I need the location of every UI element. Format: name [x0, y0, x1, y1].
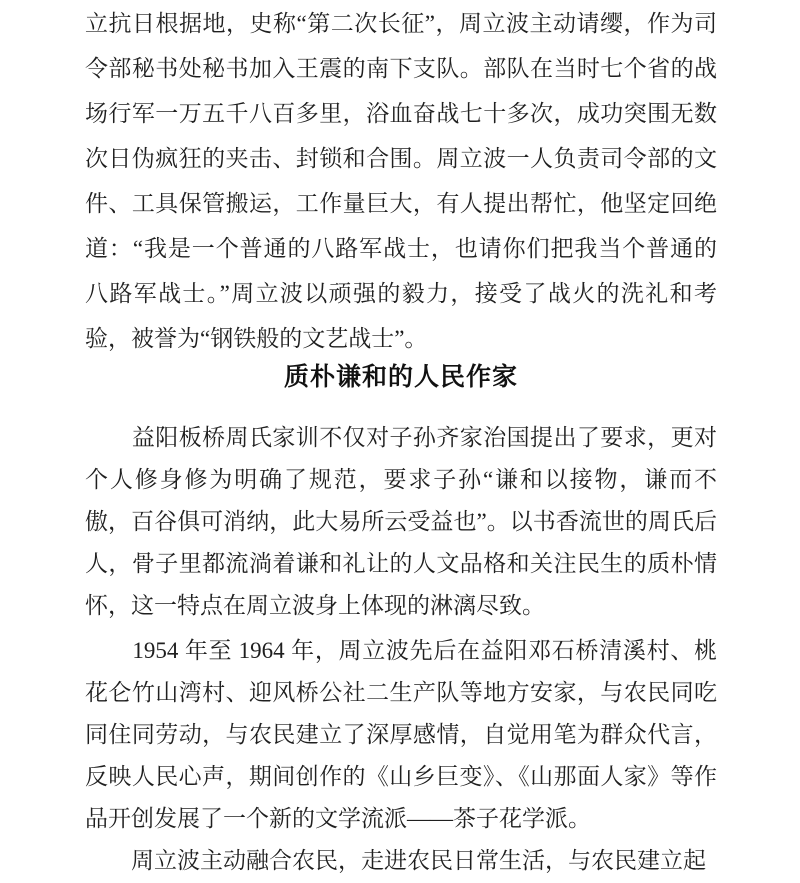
text-line: 次日伪疯狂的夹击、封锁和合围。周立波一人负责司令部的文 [85, 136, 717, 181]
text-line: 花仑竹山湾村、迎风桥公社二生产队等地方安家，与农民同吃 [85, 672, 717, 714]
text-line: 同住同劳动，与农民建立了深厚感情，自觉用笔为群众代言， [85, 714, 717, 756]
text-line: 令部秘书处秘书加入王震的南下支队。部队在当时七个省的战 [85, 46, 717, 91]
paragraph-family-motto: 益阳板桥周氏家训不仅对子孙齐家治国提出了要求，更对个人修身修为明确了规范，要求子… [85, 417, 717, 627]
text-line: 1954 年至 1964 年，周立波先后在益阳邓石桥清溪村、桃 [85, 630, 717, 672]
text-line: 立抗日根据地，史称“第二次长征”，周立波主动请缨，作为司 [85, 1, 717, 46]
text-line: 益阳板桥周氏家训不仅对子孙齐家治国提出了要求，更对 [85, 417, 717, 459]
paragraph-rural-life: 1954 年至 1964 年，周立波先后在益阳邓石桥清溪村、桃花仑竹山湾村、迎风… [85, 630, 717, 840]
text-line: 场行军一万五千八百多里，浴血奋战七十多次，成功突围无数 [85, 91, 717, 136]
text-line: 品开创发展了一个新的文学流派——茶子花学派。 [85, 798, 717, 840]
text-line: 件、工具保管搬运，工作量巨大，有人提出帮忙，他坚定回绝 [85, 181, 717, 226]
text-line: 人，骨子里都流淌着谦和礼让的人文品格和关注民生的质朴情 [85, 543, 717, 585]
paragraph-farmers: 周立波主动融合农民，走进农民日常生活，与农民建立起 [85, 840, 717, 882]
text-line: 反映人民心声，期间创作的《山乡巨变》、《山那面人家》等作 [85, 756, 717, 798]
text-line: 个人修身修为明确了规范，要求子孙“谦和以接物，谦而不 [85, 459, 717, 501]
text-line: 八路军战士。”周立波以顽强的毅力，接受了战火的洗礼和考 [85, 271, 717, 316]
text-line: 怀，这一特点在周立波身上体现的淋漓尽致。 [85, 585, 717, 627]
text-line: 傲，百谷俱可消纳，此大易所云受益也”。以书香流世的周氏后 [85, 501, 717, 543]
text-line: 验，被誉为“钢铁般的文艺战士”。 [85, 316, 717, 361]
section-heading: 质朴谦和的人民作家 [85, 361, 717, 395]
text-line: 道：“我是一个普通的八路军战士，也请你们把我当个普通的 [85, 226, 717, 271]
text-line: 周立波主动融合农民，走进农民日常生活，与农民建立起 [85, 840, 717, 882]
document-page: 立抗日根据地，史称“第二次长征”，周立波主动请缨，作为司令部秘书处秘书加入王震的… [0, 0, 800, 883]
paragraph-war-service: 立抗日根据地，史称“第二次长征”，周立波主动请缨，作为司令部秘书处秘书加入王震的… [85, 1, 717, 361]
